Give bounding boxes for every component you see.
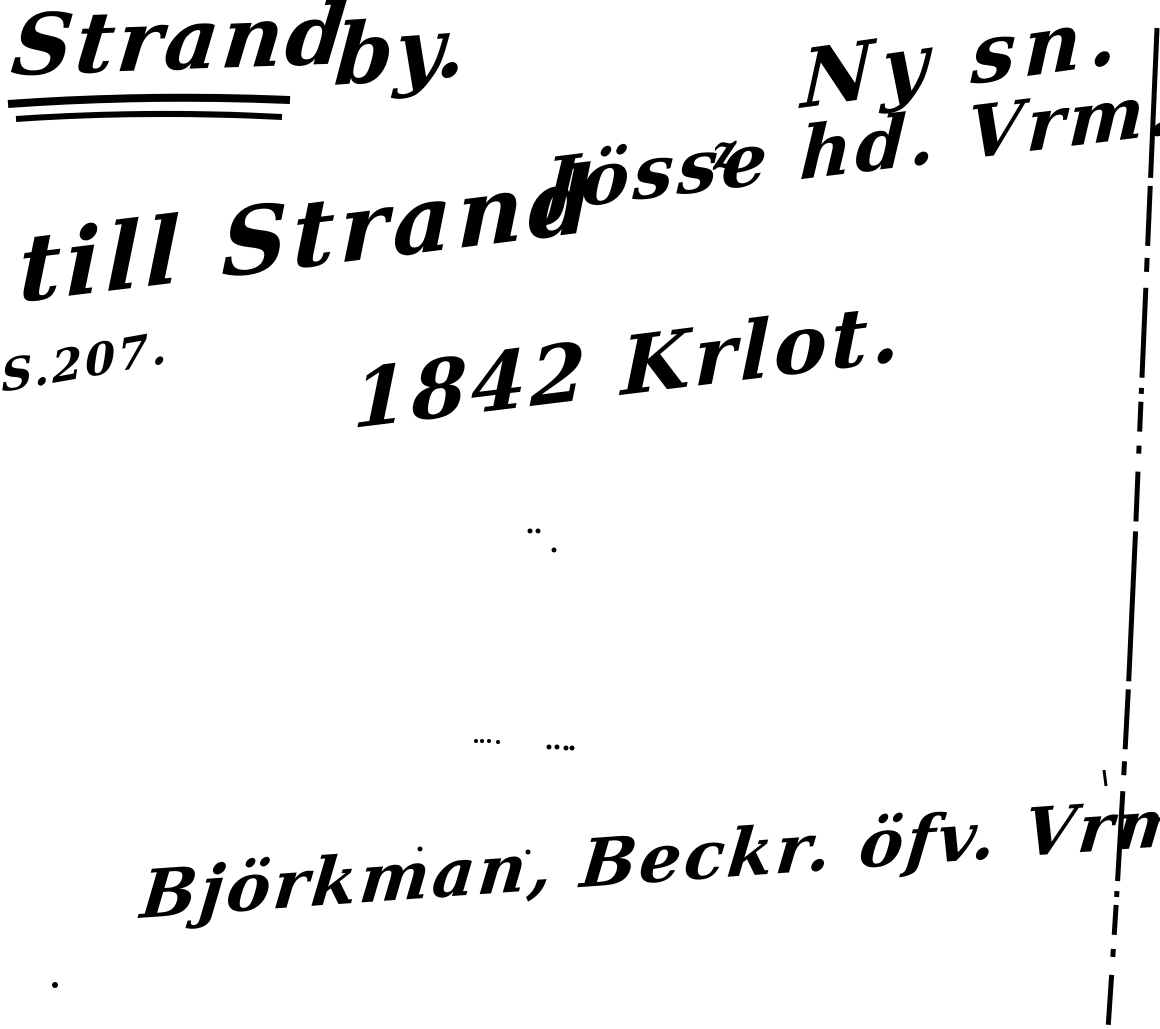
ink-speck	[536, 529, 541, 534]
ink-speck	[552, 548, 557, 553]
signature-line: Björkman, Beckr. öfv. Vrm.	[138, 786, 1160, 928]
transfer-line: till Strand	[18, 152, 598, 316]
place-suffix: by.	[332, 4, 471, 98]
ink-speck	[496, 740, 500, 744]
ink-speck	[570, 746, 575, 751]
ink-speck	[474, 739, 478, 743]
ink-speck	[487, 739, 491, 743]
page-reference: S.207.	[0, 326, 170, 400]
year-line: 1842 Krlot.	[352, 292, 904, 440]
card-edge-dash	[1104, 770, 1106, 786]
scanned-index-card: Strand by. Ny sn. z Jösse hd. Vrm. till …	[0, 0, 1160, 1029]
underline-bottom-stroke	[16, 114, 282, 119]
ink-speck	[52, 982, 58, 988]
ink-speck	[564, 746, 569, 751]
ink-speck	[555, 745, 560, 750]
ink-speck	[528, 529, 533, 534]
card-edge-line	[1108, 28, 1157, 1029]
place-name-heading: Strand	[8, 0, 353, 88]
ink-speck	[480, 739, 484, 743]
ink-speck	[547, 745, 552, 750]
underline-top-stroke	[8, 98, 290, 104]
